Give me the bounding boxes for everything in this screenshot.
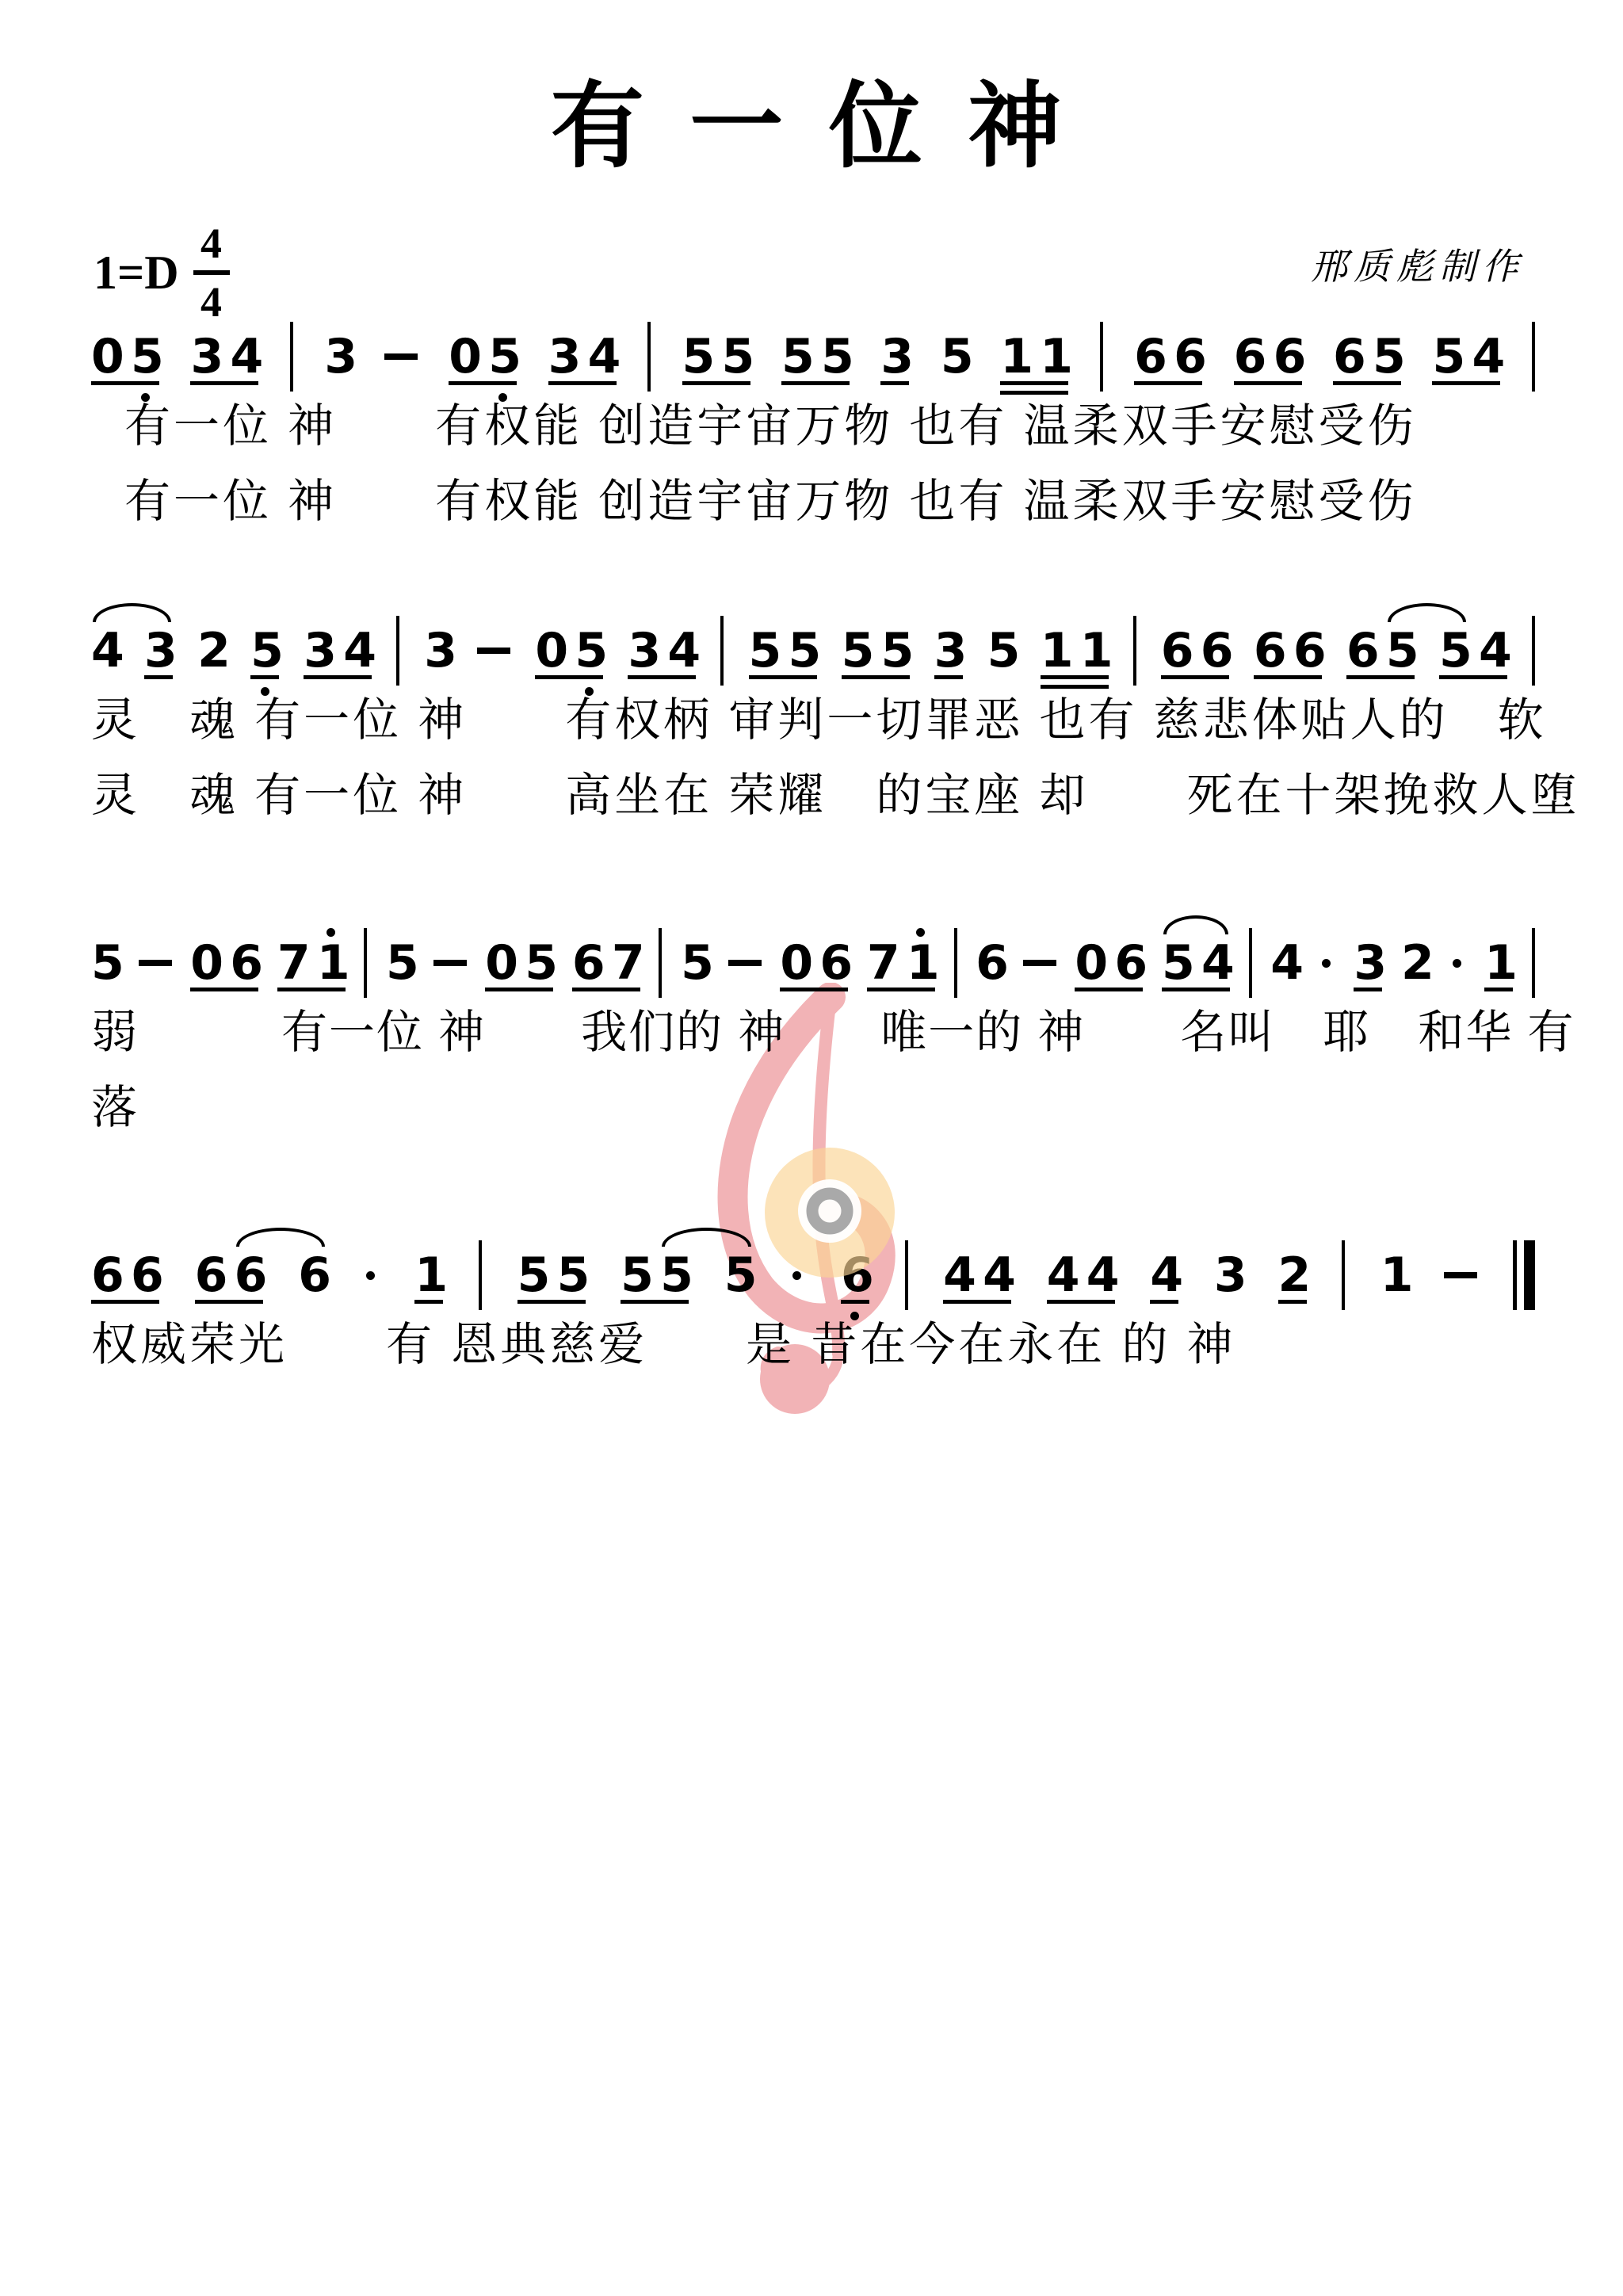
note-group: 11: [1041, 630, 1109, 689]
digit-row: 55: [621, 1255, 689, 1296]
lyric-row: 有一位 神 有权能 创造宇宙万物 也有 温柔双手安慰受伤: [124, 476, 1416, 529]
high-octave-dot-row: [867, 928, 935, 937]
dot: [1322, 959, 1331, 968]
augmentation-dot: [1318, 942, 1335, 984]
barline: [479, 1240, 482, 1310]
note-group: 1: [1484, 942, 1513, 991]
note-group: 06: [780, 942, 848, 991]
note: 4: [1047, 1255, 1075, 1296]
barline: [1532, 616, 1535, 686]
note-group: 05: [449, 336, 517, 402]
barline: [364, 928, 367, 998]
note: 4: [230, 336, 258, 377]
note: 0: [91, 336, 120, 377]
song-title: 有 一 位 神: [0, 76, 1623, 179]
beam-underline: [880, 381, 909, 385]
dot: [366, 1271, 375, 1280]
note-group: 2: [1401, 942, 1430, 984]
note-group: 66: [195, 1255, 263, 1304]
digit-row: 4: [1270, 942, 1299, 984]
note: 6: [841, 1255, 869, 1296]
note: 5: [250, 630, 279, 671]
note-group: 34: [304, 630, 372, 679]
note: 6: [1333, 336, 1361, 377]
final-barline: [1513, 1240, 1535, 1310]
note-group: 1: [1381, 1255, 1409, 1296]
note: 4: [343, 630, 372, 671]
note: 1: [1484, 942, 1513, 984]
note: 5: [1386, 630, 1415, 671]
note-group: 5: [941, 336, 969, 377]
lyric-row: 落: [91, 1082, 139, 1135]
note: 1: [1000, 336, 1029, 377]
note: 4: [588, 336, 617, 377]
note: 5: [941, 336, 969, 377]
beam-underline: [304, 675, 372, 679]
digit-row: 4: [91, 630, 120, 671]
note: 7: [277, 942, 306, 984]
note-group: 55: [682, 336, 750, 385]
note: 5: [789, 630, 817, 671]
digit-row: 05: [91, 336, 159, 377]
note-group: 34: [190, 336, 258, 385]
barline: [659, 928, 662, 998]
barline: [1532, 322, 1535, 392]
note: 5: [724, 1255, 753, 1296]
slur-arc: [1388, 603, 1466, 622]
digit-row: 1: [1381, 1255, 1409, 1296]
duration-dash: [1444, 1272, 1477, 1278]
notation-row: 506715056750671606544321: [91, 942, 1535, 998]
notation-row: 0534305345555351166666554: [91, 336, 1535, 402]
note-group: 4: [1150, 1255, 1178, 1304]
note: 6: [1254, 630, 1282, 671]
note: 7: [612, 942, 640, 984]
slur-arc: [236, 1228, 326, 1247]
note-group: 05: [91, 336, 159, 402]
beam-underline: [449, 381, 517, 385]
note-group: 34: [548, 336, 617, 385]
key-label: 1=D: [94, 249, 179, 296]
note: 3: [880, 336, 909, 377]
note: 5: [91, 942, 120, 984]
barline: [290, 322, 293, 392]
beam-underline: [943, 1300, 1011, 1304]
digit-row: 5: [250, 630, 279, 671]
digit-row: 54: [1162, 942, 1230, 984]
note: 6: [91, 1255, 120, 1296]
note-group: 06: [1075, 942, 1143, 991]
digit-row: 66: [1234, 336, 1302, 377]
digit-row: 5: [987, 630, 1016, 671]
beam-underline: [548, 381, 617, 385]
note: 5: [987, 630, 1016, 671]
note-group: 4: [1270, 942, 1299, 984]
beam-underline: [1134, 381, 1202, 385]
note-group: 66: [1161, 630, 1229, 679]
beam-underline: [414, 1300, 443, 1304]
beam-underline: [195, 1300, 263, 1304]
note: 6: [230, 942, 258, 984]
digit-row: 65: [1333, 336, 1401, 377]
digit-row: 54: [1439, 630, 1507, 671]
beam-underline: [535, 675, 603, 679]
beam-underline: [628, 675, 696, 679]
sheet-page: 有 一 位 神 1=D 4 4 邢质彪制作 053430534555535116…: [0, 0, 1623, 2296]
digit-row: 67: [572, 942, 640, 984]
note: 3: [934, 630, 963, 671]
beam-underline: [1432, 381, 1500, 385]
beam-underline: [1234, 381, 1302, 385]
note: 1: [1041, 630, 1069, 671]
high-octave-dot-row: [277, 928, 346, 937]
note: 3: [1214, 1255, 1243, 1296]
note-group: 34: [628, 630, 696, 679]
digit-row: 05: [485, 942, 553, 984]
note: 2: [1278, 1255, 1307, 1296]
beam-underline: [749, 675, 817, 679]
beam-underline: [1161, 675, 1229, 679]
digit-row: 05: [449, 336, 517, 377]
note-group: 5: [681, 942, 709, 984]
digit-row: 3: [934, 630, 963, 671]
digit-row: 66: [1161, 630, 1229, 671]
note-group: 71: [277, 942, 346, 991]
beam-underline: [621, 1300, 689, 1304]
augmentation-dot: [1449, 942, 1466, 984]
duration-dash: [728, 960, 762, 966]
beam-underline: [1041, 675, 1109, 679]
note: 0: [780, 942, 808, 984]
beam-underline: [190, 988, 258, 991]
note-group: 55: [781, 336, 850, 385]
note: 6: [1234, 336, 1262, 377]
note: 6: [1293, 630, 1322, 671]
digit-row: 05: [535, 630, 603, 671]
digit-row: 55: [682, 336, 750, 377]
barline: [1532, 928, 1535, 998]
barline: [1249, 928, 1252, 998]
digit-row: 55: [517, 1255, 586, 1296]
digit-row: 66: [1134, 336, 1202, 377]
note: 5: [749, 630, 777, 671]
beam-underline: [780, 988, 848, 991]
note-group: 4: [91, 630, 120, 671]
note: 5: [1373, 336, 1401, 377]
beam-underline: [867, 988, 935, 991]
beam-underline: [1333, 381, 1401, 385]
music-line-2: 432534305345555351166666554 灵 魂 有一位 神 有权…: [91, 598, 1535, 876]
note: 6: [298, 1255, 327, 1296]
note-group: 11: [1000, 336, 1068, 395]
note: 4: [1479, 630, 1507, 671]
note-group: 65: [1346, 630, 1415, 679]
note-group: 5: [250, 630, 279, 696]
lyric-row: 有一位 神 有权能 创造宇宙万物 也有 温柔双手安慰受伤: [124, 400, 1416, 453]
note: 1: [1040, 336, 1068, 377]
digit-row: 2: [1401, 942, 1430, 984]
note-group: 3: [424, 630, 453, 671]
note: 6: [235, 1255, 263, 1296]
note-group: 3: [1354, 942, 1382, 991]
slur-arc: [662, 1228, 751, 1247]
beam-underline: [1278, 1300, 1307, 1304]
note: 3: [304, 630, 332, 671]
digit-row: 55: [781, 336, 850, 377]
duration-dash: [1023, 960, 1056, 966]
beam-underline: [1346, 675, 1415, 679]
note-group: 54: [1162, 942, 1230, 991]
beam-underline: [1075, 988, 1143, 991]
barline: [720, 616, 724, 686]
digit-row: 5: [91, 942, 120, 984]
note: 3: [1354, 942, 1382, 984]
beam-underline: [842, 675, 910, 679]
digit-row: 6: [298, 1255, 327, 1296]
digit-row: 66: [91, 1255, 159, 1296]
note-group: 44: [1047, 1255, 1115, 1304]
note: 5: [681, 942, 709, 984]
note-group: 1: [414, 1255, 443, 1304]
digit-row: 11: [1000, 336, 1068, 377]
digit-row: 5: [724, 1255, 753, 1296]
note: 5: [517, 1255, 546, 1296]
note: 4: [1086, 1255, 1115, 1296]
note: 1: [1080, 630, 1109, 671]
high-octave-dot: [916, 928, 925, 937]
digit-row: 06: [1075, 942, 1143, 984]
note: 5: [682, 336, 711, 377]
note: 1: [1381, 1255, 1409, 1296]
note: 6: [572, 942, 601, 984]
digit-row: 3: [424, 630, 453, 671]
note-group: 05: [485, 942, 553, 991]
note-group: 6: [841, 1255, 869, 1320]
dot: [1453, 959, 1461, 968]
note-group: 06: [190, 942, 258, 991]
note-group: 05: [535, 630, 603, 696]
digit-row: 6: [976, 942, 1004, 984]
note-group: 55: [842, 630, 910, 679]
beam-underline: [250, 675, 279, 679]
note: 5: [842, 630, 870, 671]
note-group: 3: [324, 336, 353, 377]
beam-underline: [1484, 988, 1513, 991]
note: 2: [1401, 942, 1430, 984]
note-group: 67: [572, 942, 640, 991]
note: 5: [488, 336, 517, 377]
digit-row: 4: [1150, 1255, 1178, 1296]
note-group: 6: [976, 942, 1004, 984]
augmentation-dot: [788, 1255, 805, 1296]
digit-row: 66: [1254, 630, 1322, 671]
beam-underline: [1000, 391, 1068, 395]
note: 7: [867, 942, 896, 984]
note: 4: [1270, 942, 1299, 984]
note: 6: [1274, 336, 1302, 377]
note: 5: [131, 336, 159, 377]
music-line-3: 506715056750671606544321 弱 有一位 神 我们的 神 唯…: [91, 911, 1535, 1188]
note: 4: [1472, 336, 1500, 377]
note-group: 71: [867, 942, 935, 991]
slur-arc: [93, 603, 171, 622]
note: 6: [195, 1255, 223, 1296]
notation-row: 432534305345555351166666554: [91, 630, 1535, 696]
note-group: 66: [1234, 336, 1302, 385]
note: 3: [144, 630, 173, 671]
beam-underline: [1354, 988, 1382, 991]
note: 4: [91, 630, 120, 671]
note: 4: [667, 630, 696, 671]
duration-dash: [433, 960, 467, 966]
barline: [1342, 1240, 1345, 1310]
note: 3: [548, 336, 577, 377]
digit-row: 3: [1354, 942, 1382, 984]
note: 0: [1075, 942, 1103, 984]
digit-row: 5: [681, 942, 709, 984]
note: 6: [1161, 630, 1190, 671]
digit-row: 11: [1041, 630, 1109, 671]
note-group: 65: [1333, 336, 1401, 385]
barline-thin: [1513, 1240, 1517, 1310]
lyric-row: 灵 魂 有一位 神 有权柄 审判一切罪恶 也有 慈悲体贴人的 软: [91, 694, 1547, 747]
beam-underline: [1150, 1300, 1178, 1304]
note: 2: [197, 630, 226, 671]
barline: [1133, 616, 1136, 686]
note-group: 3: [934, 630, 963, 679]
note: 6: [131, 1255, 159, 1296]
credit: 邢质彪制作: [1311, 238, 1525, 290]
barline: [954, 928, 957, 998]
duration-dash: [477, 648, 510, 654]
fraction-bar: [193, 270, 230, 275]
note: 0: [485, 942, 514, 984]
beam-underline: [1254, 675, 1322, 679]
digit-row: 3: [880, 336, 909, 377]
beam-underline: [91, 1300, 159, 1304]
notation-row: 66666155555644444321: [91, 1255, 1535, 1320]
digit-row: 5: [941, 336, 969, 377]
note: 4: [1201, 942, 1230, 984]
note-group: 66: [1254, 630, 1322, 679]
beam-underline: [91, 381, 159, 385]
note: 3: [190, 336, 219, 377]
note: 5: [557, 1255, 586, 1296]
digit-row: 2: [197, 630, 226, 671]
note-group: 55: [621, 1255, 689, 1304]
beam-underline: [781, 381, 850, 385]
beam-underline: [934, 675, 963, 679]
digit-row: 1: [414, 1255, 443, 1296]
beam-underline: [1000, 381, 1068, 385]
beam-underline: [517, 1300, 586, 1304]
note-group: 2: [1278, 1255, 1307, 1304]
duration-dash: [139, 960, 172, 966]
beam-underline: [277, 988, 346, 991]
digit-row: 06: [780, 942, 848, 984]
note: 5: [660, 1255, 689, 1296]
note-group: 55: [517, 1255, 586, 1304]
note: 3: [424, 630, 453, 671]
digit-row: 3: [324, 336, 353, 377]
digit-row: 3: [144, 630, 173, 671]
augmentation-dot: [362, 1255, 380, 1296]
digit-row: 3: [1214, 1255, 1243, 1296]
digit-row: 06: [190, 942, 258, 984]
beam-underline: [1041, 685, 1109, 689]
digit-row: 1: [1484, 942, 1513, 984]
note-group: 54: [1439, 630, 1507, 679]
lyric-row: 权威荣光 有 恩典慈爱 是 昔在今在永在 的 神: [91, 1319, 1235, 1372]
note: 5: [1162, 942, 1190, 984]
digit-row: 6: [841, 1255, 869, 1296]
note: 6: [819, 942, 848, 984]
note: 6: [1201, 630, 1229, 671]
note: 3: [324, 336, 353, 377]
beam-underline: [144, 675, 173, 679]
beam-underline: [190, 381, 258, 385]
digit-row: 71: [277, 942, 346, 984]
note: 5: [821, 336, 850, 377]
note-group: 5: [987, 630, 1016, 671]
beam-underline: [1047, 1300, 1115, 1304]
digit-row: 44: [1047, 1255, 1115, 1296]
note: 5: [881, 630, 910, 671]
note-group: 54: [1432, 336, 1500, 385]
digit-row: 34: [304, 630, 372, 671]
digit-row: 66: [195, 1255, 263, 1296]
digit-row: 65: [1346, 630, 1415, 671]
note: 5: [575, 630, 603, 671]
digit-row: 34: [548, 336, 617, 377]
lyric-row: 弱 有一位 神 我们的 神 唯一的 神 名叫 耶 和华 有: [91, 1007, 1575, 1060]
slur-arc: [1163, 915, 1228, 934]
note-group: 6: [298, 1255, 327, 1296]
beam-underline: [572, 988, 640, 991]
note-group: 5: [91, 942, 120, 984]
note: 1: [317, 942, 346, 984]
dot: [792, 1271, 801, 1280]
note: 1: [414, 1255, 443, 1296]
note: 1: [907, 942, 935, 984]
digit-row: 34: [190, 336, 258, 377]
note: 5: [722, 336, 750, 377]
note: 6: [1346, 630, 1375, 671]
note-group: 55: [749, 630, 817, 679]
digit-row: 5: [386, 942, 414, 984]
note-group: 66: [91, 1255, 159, 1304]
note: 5: [1432, 336, 1461, 377]
note: 6: [1134, 336, 1163, 377]
note: 4: [943, 1255, 972, 1296]
note: 5: [386, 942, 414, 984]
digit-row: 2: [1278, 1255, 1307, 1296]
time-numerator: 4: [200, 222, 222, 265]
beam-underline: [1439, 675, 1507, 679]
barline: [905, 1240, 908, 1310]
note-group: 44: [943, 1255, 1011, 1304]
music-line-4: 66666155555644444321 权威荣光 有 恩典慈爱 是 昔在今在永…: [91, 1223, 1535, 1500]
note-group: 3: [1214, 1255, 1243, 1296]
digit-row: 71: [867, 942, 935, 984]
note: 5: [525, 942, 553, 984]
digit-row: 54: [1432, 336, 1500, 377]
note: 5: [621, 1255, 649, 1296]
note: 4: [1150, 1255, 1178, 1296]
beam-underline: [1162, 988, 1230, 991]
beam-underline: [485, 988, 553, 991]
beam-underline: [682, 381, 750, 385]
